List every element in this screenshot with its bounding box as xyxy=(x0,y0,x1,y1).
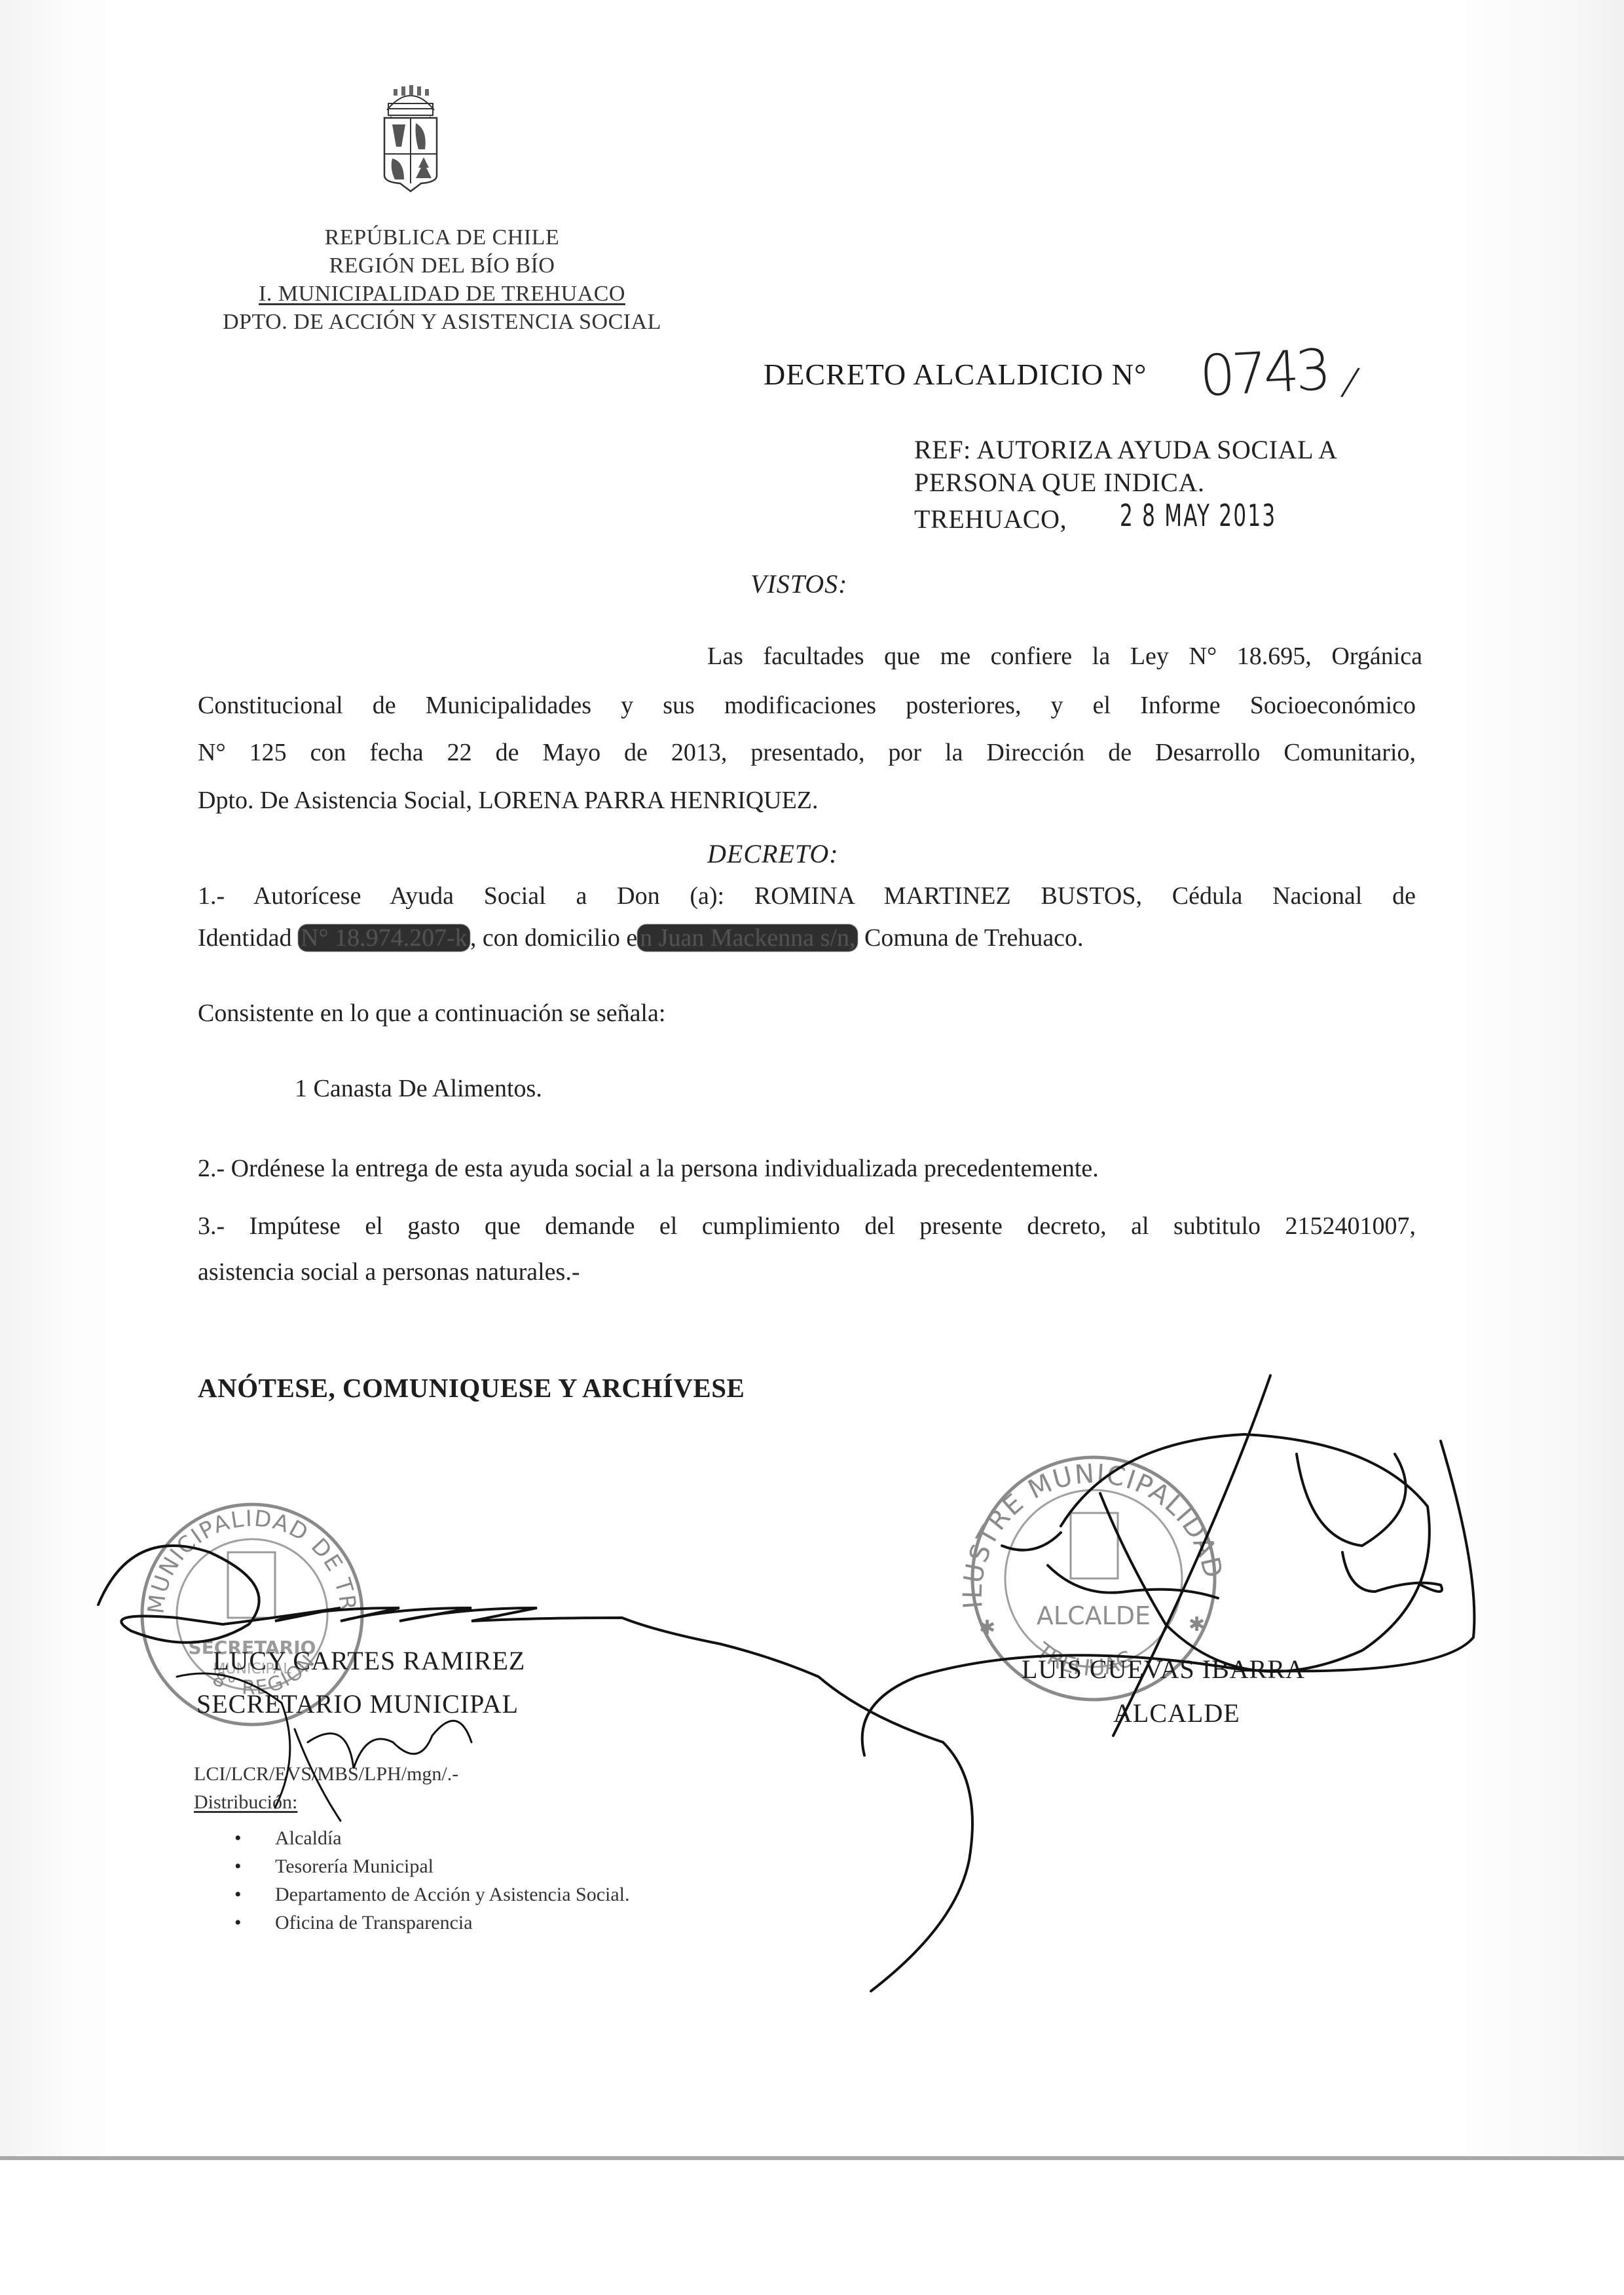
decreto-item-3-line-2: asistencia social a personas naturales.- xyxy=(198,1258,580,1286)
consistente-text: Consistente en lo que a continuación se … xyxy=(198,999,665,1028)
redacted-id-number: N° 18.974.207-k xyxy=(298,924,470,952)
vistos-line-2: Constitucional de Municipalidades y sus … xyxy=(198,691,1416,720)
distribution-list: Alcaldía Tesorería Municipal Departament… xyxy=(229,1824,630,1937)
municipal-coat-of-arms-icon xyxy=(382,84,439,195)
typist-initials: LCI/LCR/EVS/MBS/LPH/mgn/.- xyxy=(194,1763,458,1785)
decreto-heading: DECRETO: xyxy=(707,838,839,869)
secretary-name: LUCY CARTES RAMIREZ xyxy=(213,1645,525,1676)
svg-text:✱: ✱ xyxy=(1189,1613,1205,1636)
vistos-line-3: N° 125 con fecha 22 de Mayo de 2013, pre… xyxy=(198,738,1416,767)
address-label: , con domicilio e xyxy=(470,924,637,952)
mayor-title: ALCALDE xyxy=(1113,1698,1240,1728)
decreto-item-1-line-1: 1.- Autorícese Ayuda Social a Don (a): R… xyxy=(198,882,1416,910)
letterhead-region: REGIÓN DEL BÍO BÍO xyxy=(213,253,671,279)
svg-text:ALCALDE: ALCALDE xyxy=(1037,1601,1151,1630)
svg-text:MUNICIPALIDAD DE TREHUACO: MUNICIPALIDAD DE TREHUACO xyxy=(131,1493,361,1615)
commune-text: Comuna de Trehuaco. xyxy=(858,924,1083,952)
distribution-item: Departamento de Acción y Asistencia Soci… xyxy=(229,1880,630,1909)
svg-text:ILUSTRE MUNICIPALIDAD: ILUSTRE MUNICIPALIDAD xyxy=(958,1459,1228,1610)
identity-label: Identidad xyxy=(198,924,298,952)
decree-reference-line-2: PERSONA QUE INDICA. xyxy=(914,466,1205,499)
letterhead-country: REPÚBLICA DE CHILE xyxy=(213,225,671,251)
closing-formula: ANÓTESE, COMUNIQUESE Y ARCHÍVESE xyxy=(198,1372,745,1404)
mayor-name: LUIS CUEVAS IBARRA xyxy=(1022,1654,1305,1685)
scanned-page: REPÚBLICA DE CHILE REGIÓN DEL BÍO BÍO I.… xyxy=(0,0,1624,2160)
decree-number-slash: / xyxy=(1338,358,1363,406)
decreto-item-1-line-2: Identidad N° 18.974.207-k, con domicilio… xyxy=(198,924,1084,952)
decreto-item-3-line-1: 3.- Impútese el gasto que demande el cum… xyxy=(198,1212,1416,1241)
decree-reference-line-1: REF: AUTORIZA AYUDA SOCIAL A xyxy=(914,434,1338,466)
distribution-item: Alcaldía xyxy=(229,1824,630,1852)
vistos-line-1: Las facultades que me confiere la Ley N°… xyxy=(707,642,1422,671)
svg-text:✱: ✱ xyxy=(979,1616,995,1639)
redacted-address: n Juan Mackenna s/n, xyxy=(637,924,858,952)
date-stamp: 2 8 MAY 2013 xyxy=(1120,498,1276,533)
letterhead-municipality: I. MUNICIPALIDAD DE TREHUACO xyxy=(213,281,671,307)
letterhead-department: DPTO. DE ACCIÓN Y ASISTENCIA SOCIAL xyxy=(213,309,671,335)
decree-title: DECRETO ALCALDICIO N° xyxy=(764,357,1147,392)
decree-place: TREHUACO, xyxy=(914,503,1067,536)
handwritten-signatures xyxy=(0,0,1624,2295)
vistos-heading: VISTOS: xyxy=(750,569,847,599)
distribution-item: Tesorería Municipal xyxy=(229,1852,630,1880)
decree-number-handwritten: 0743 xyxy=(1198,337,1329,409)
vistos-line-4: Dpto. De Asistencia Social, LORENA PARRA… xyxy=(198,786,819,815)
decreto-item-2: 2.- Ordénese la entrega de esta ayuda so… xyxy=(198,1154,1099,1183)
aid-item: 1 Canasta De Alimentos. xyxy=(295,1074,542,1103)
secretary-title: SECRETARIO MUNICIPAL xyxy=(196,1689,519,1719)
distribution-label: Distribución: xyxy=(194,1791,297,1814)
distribution-item: Oficina de Transparencia xyxy=(229,1909,630,1937)
